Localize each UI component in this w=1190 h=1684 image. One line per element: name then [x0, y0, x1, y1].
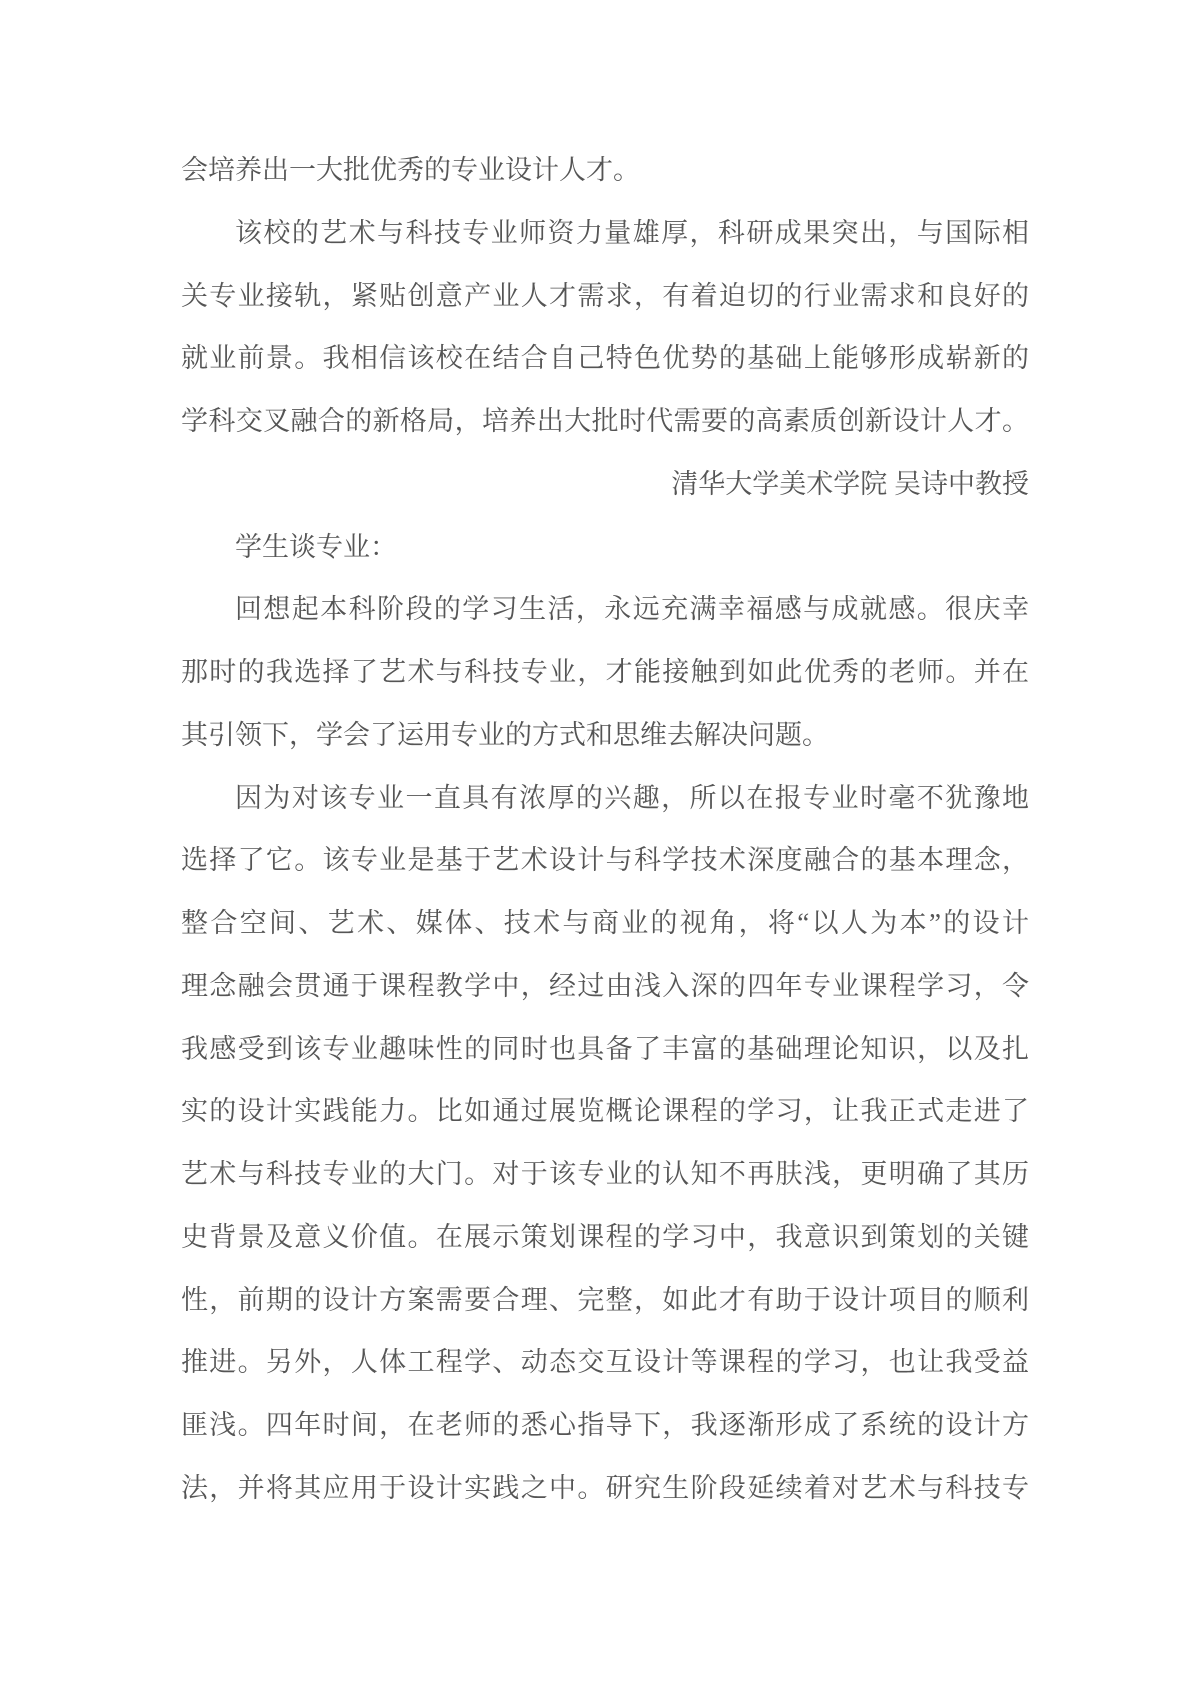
text-line: 该校的艺术与科技专业师资力量雄厚，科研成果突出，与国际相: [181, 202, 1029, 265]
text-line: 实的设计实践能力。比如通过展览概论课程的学习，让我正式走进了: [181, 1080, 1029, 1143]
text-line: 整合空间、艺术、媒体、技术与商业的视角，将“以人为本”的设计: [181, 892, 1029, 955]
text-line: 因为对该专业一直具有浓厚的兴趣，所以在报专业时毫不犹豫地: [181, 767, 1029, 830]
document-page: { "meta": { "page_background": "#ffffff"…: [0, 0, 1190, 1684]
text-line: 清华大学美术学院 吴诗中教授: [181, 453, 1029, 516]
text-line: 就业前景。我相信该校在结合自己特色优势的基础上能够形成崭新的: [181, 327, 1029, 390]
paragraph: 因为对该专业一直具有浓厚的兴趣，所以在报专业时毫不犹豫地选择了它。该专业是基于艺…: [181, 767, 1029, 1520]
text-line: 其引领下，学会了运用专业的方式和思维去解决问题。: [181, 704, 1029, 767]
text-line: 那时的我选择了艺术与科技专业，才能接触到如此优秀的老师。并在: [181, 641, 1029, 704]
document-text: 会培养出一大批优秀的专业设计人才。该校的艺术与科技专业师资力量雄厚，科研成果突出…: [181, 139, 1029, 1520]
text-line: 推进。另外，人体工程学、动态交互设计等课程的学习，也让我受益: [181, 1331, 1029, 1394]
text-line: 关专业接轨，紧贴创意产业人才需求，有着迫切的行业需求和良好的: [181, 265, 1029, 328]
paragraph-continuation: 会培养出一大批优秀的专业设计人才。: [181, 139, 1029, 202]
text-line: 艺术与科技专业的大门。对于该专业的认知不再肤浅，更明确了其历: [181, 1143, 1029, 1206]
text-line: 理念融会贯通于课程教学中，经过由浅入深的四年专业课程学习，令: [181, 955, 1029, 1018]
paragraph: 该校的艺术与科技专业师资力量雄厚，科研成果突出，与国际相关专业接轨，紧贴创意产业…: [181, 202, 1029, 453]
page-background: 会培养出一大批优秀的专业设计人才。该校的艺术与科技专业师资力量雄厚，科研成果突出…: [0, 0, 1190, 1684]
attribution: 清华大学美术学院 吴诗中教授: [181, 453, 1029, 516]
text-line: 回想起本科阶段的学习生活，永远充满幸福感与成就感。很庆幸: [181, 578, 1029, 641]
paragraph: 回想起本科阶段的学习生活，永远充满幸福感与成就感。很庆幸那时的我选择了艺术与科技…: [181, 578, 1029, 766]
text-line: 学生谈专业：: [181, 516, 1029, 579]
text-line: 会培养出一大批优秀的专业设计人才。: [181, 139, 1029, 202]
text-line: 匪浅。四年时间，在老师的悉心指导下，我逐渐形成了系统的设计方: [181, 1394, 1029, 1457]
text-line: 法，并将其应用于设计实践之中。研究生阶段延续着对艺术与科技专: [181, 1457, 1029, 1520]
text-line: 选择了它。该专业是基于艺术设计与科学技术深度融合的基本理念，: [181, 829, 1029, 892]
text-line: 我感受到该专业趣味性的同时也具备了丰富的基础理论知识，以及扎: [181, 1018, 1029, 1081]
text-line: 性，前期的设计方案需要合理、完整，如此才有助于设计项目的顺利: [181, 1269, 1029, 1332]
section-heading: 学生谈专业：: [181, 516, 1029, 579]
text-line: 学科交叉融合的新格局，培养出大批时代需要的高素质创新设计人才。: [181, 390, 1029, 453]
text-line: 史背景及意义价值。在展示策划课程的学习中，我意识到策划的关键: [181, 1206, 1029, 1269]
